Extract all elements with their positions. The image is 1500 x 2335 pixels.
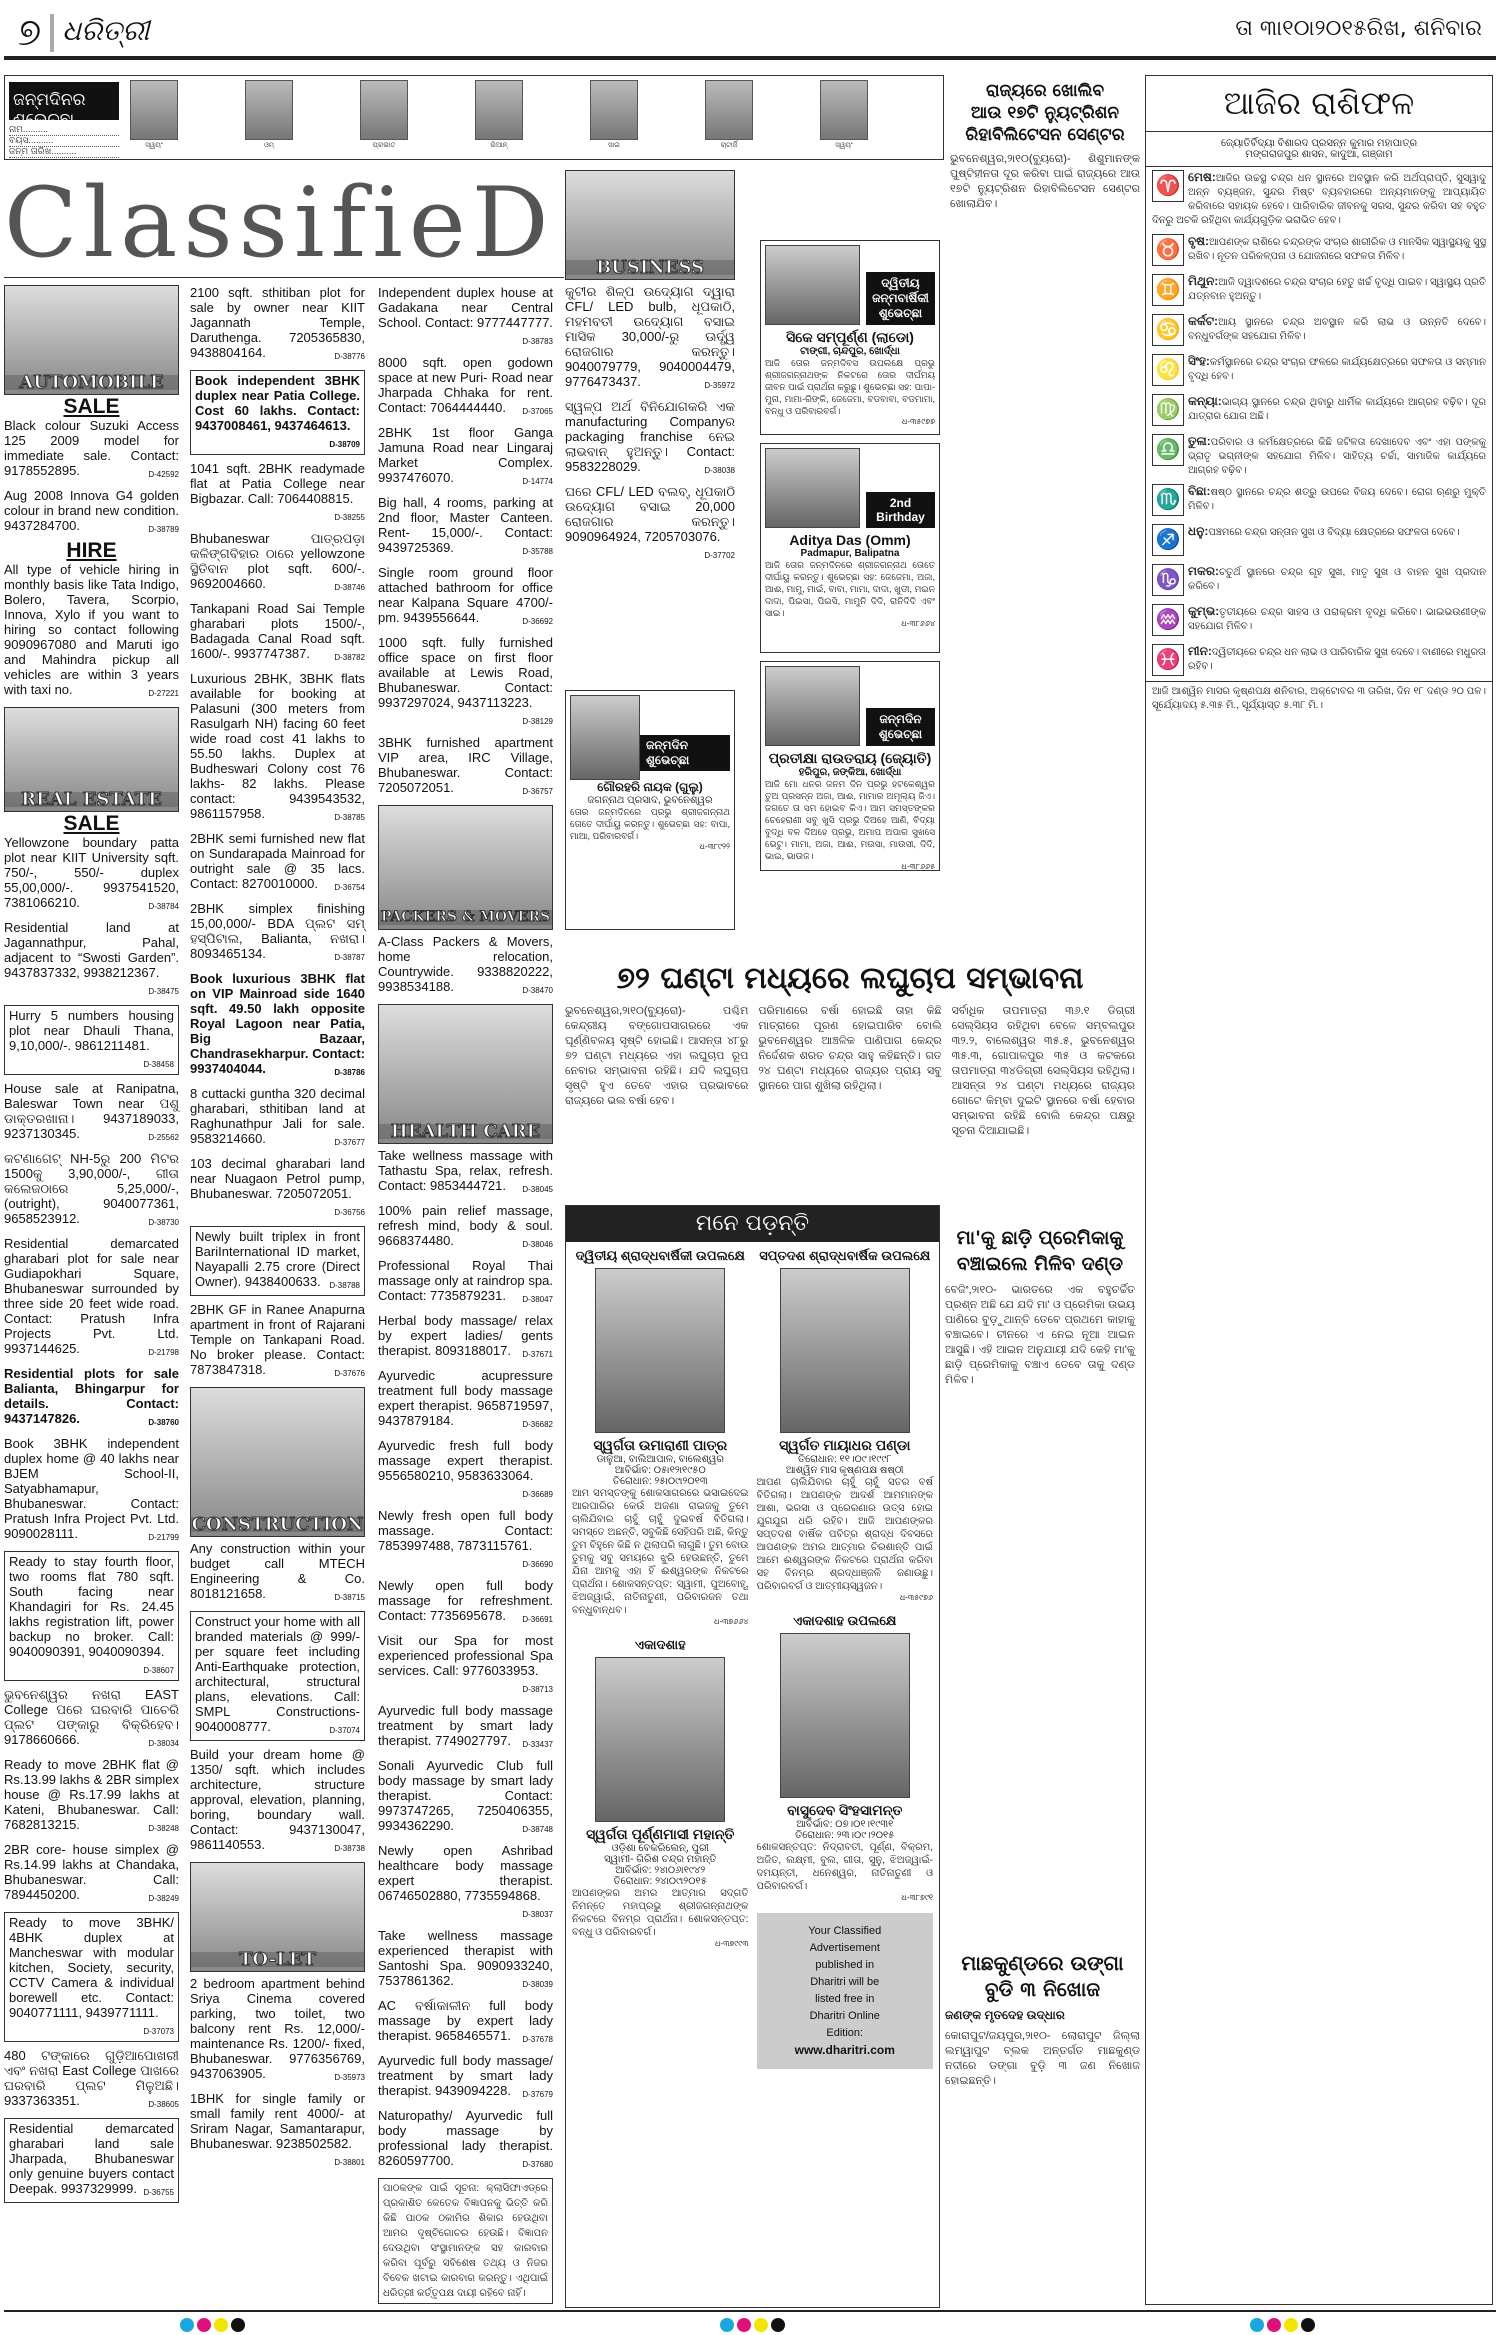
sign-name: କୁମ୍ଭ:: [1188, 604, 1219, 618]
registration-dot: [231, 2318, 245, 2332]
classified-ad: Herbal body massage/ relax by expert lad…: [378, 1313, 553, 1362]
classified-ad: Single room ground floor attached bathro…: [378, 565, 553, 629]
classified-ad: Tankapani Road Sai Temple gharabari plot…: [190, 601, 365, 665]
obituary-name: ସ୍ୱର୍ଗତା ପୂର୍ଣ୍ଣମାସୀ ମହାନ୍ତି: [572, 1826, 749, 1843]
obituary-born: ଆବିର୍ଭାବ: ୦୭।୦୧।୧୯୩୧: [757, 1819, 934, 1830]
ad-code: D-33437: [522, 1737, 553, 1752]
classified-ad: 8000 sqft. open godown space at new Puri…: [378, 355, 553, 419]
ad-code: D-38470: [522, 983, 553, 998]
horoscope-sign: ♉ବୃଷ:ଆପଣଙ୍କ ରାଶିରେ ଚନ୍ଦ୍ରଙ୍କ ସଂଚାର ଶାରୀର…: [1146, 231, 1492, 271]
ad-code: D-38786: [334, 1065, 365, 1080]
ad-code: D-38787: [334, 950, 365, 965]
horoscope-title: ଆଜିର ରାଶିଫଳ: [1146, 76, 1492, 132]
horoscope-sign: ♍କନ୍ୟା:ଭାଗ୍ୟ ସ୍ଥାନରେ ଚନ୍ଦ୍ର ଥିବାରୁ ଧାର୍ମ…: [1146, 391, 1492, 431]
classified-ad: Book luxurious 3BHK flat on VIP Mainroad…: [190, 971, 365, 1080]
ad-code: D-38037: [522, 1907, 553, 1922]
sign-name: ସିଂହ:: [1188, 354, 1210, 368]
ad-code: D-36756: [334, 1205, 365, 1220]
ad-code: D-37677: [334, 1135, 365, 1150]
classified-ad: Naturopathy/ Ayurvedic full body massage…: [378, 2108, 553, 2172]
ad-code: D-36690: [522, 1557, 553, 1572]
registration-marks: [180, 2318, 245, 2332]
sign-text: ଆଜି ଦ୍ୱାଦଶରେ ଚନ୍ଦ୍ର ସଂଚାର ହେତୁ ଖର୍ଚ୍ଚ ବୃ…: [1188, 277, 1486, 302]
ad-code: D-38034: [148, 1736, 179, 1751]
ad-code: D-37679: [522, 2087, 553, 2102]
newspaper-logo[interactable]: ଧରିତ୍ରୀ: [62, 14, 149, 48]
ad-text: Independent duplex house at Gadakana nea…: [378, 285, 553, 330]
classified-ad: House sale at Ranipatna, Baleswar Town n…: [4, 1081, 179, 1145]
ad-text: ଘରେ CFL/ LED ବଲବ୍, ଧୂପକାଠି ଉଦ୍ୟୋଗ ବସାଇ 2…: [565, 484, 735, 544]
greeting-label: ଦ୍ୱିତୀୟ ଜନ୍ମବାର୍ଷିକୀ ଶୁଭେଚ୍ଛା: [866, 272, 935, 325]
ad-code: D-38776: [334, 349, 365, 364]
sign-text: ଆପଣଙ୍କ ରାଶିରେ ଚନ୍ଦ୍ରଙ୍କ ସଂଚାର ଶାରୀରିକ ଓ …: [1188, 237, 1486, 262]
ad-code: D-38038: [704, 463, 735, 478]
memorial-header: ମନେ ପଡ଼ନ୍ତି: [566, 1206, 939, 1242]
sign-name: ମେଷ:: [1188, 170, 1216, 184]
classified-ad: ଘରେ CFL/ LED ବଲବ୍, ଧୂପକାଠି ଉଦ୍ୟୋଗ ବସାଇ 2…: [565, 484, 735, 563]
classified-ad: Big hall, 4 rooms, parking at 2nd floor,…: [378, 495, 553, 559]
ad-text: Residential demarcated gharabari plot fo…: [4, 1236, 179, 1356]
birthday-photo: [360, 80, 408, 140]
classified-ad: 1041 sqft. 2BHK readymade flat at Patia …: [190, 461, 365, 525]
masthead-divider: [50, 14, 54, 52]
ad-text: Construct your home with all branded mat…: [195, 1614, 360, 1734]
real-estate-category-image: REAL ESTATE: [4, 707, 179, 812]
website-link[interactable]: www.dharitri.com: [761, 2042, 930, 2059]
classified-ad: Construct your home with all branded mat…: [190, 1611, 365, 1741]
sign-text: ପରିବାର ଓ କର୍ମକ୍ଷେତ୍ରରେ କିଛି ଜଟିଳତା ଦେଖାଦ…: [1188, 437, 1486, 476]
ad-text: 1BHK for single family or small family r…: [190, 2091, 365, 2151]
ad-text: 103 decimal gharabari land near Nuagaon …: [190, 1156, 365, 1201]
ad-code: D-36691: [522, 1612, 553, 1627]
greeting-code: ଧ-୩୮୬୬୪: [765, 619, 935, 629]
memorial-section: ମନେ ପଡ଼ନ୍ତି ଦ୍ୱିତୀୟ ଶ୍ରାଦ୍ଧବାର୍ଷିକୀ ଉପଲକ…: [565, 1205, 940, 2308]
birthday-greeting-box: ଜନ୍ମଦିନ ଶୁଭେଚ୍ଛାପ୍ରତୀକ୍ଷା ରାଉତରାୟ (ଜ୍ୟୋତ…: [760, 661, 940, 871]
classified-ad: Build your dream home @ 1350/ sqft. whic…: [190, 1747, 365, 1856]
news-low-pressure-headline: ୭୨ ଘଣ୍ଟା ମଧ୍ୟରେ ଲଘୁଚାପ ସମ୍ଭାବନା: [565, 960, 1135, 998]
issue-date: ତା ୩ା୧୦ା୨୦୧୫ରିଖ, ଶନିବାର: [1235, 16, 1482, 41]
news-machkund-subhead: ଜଣଙ୍କ ମୃତଦେହ ଉଦ୍ଧାର: [945, 2008, 1140, 2023]
ad-code: D-14774: [522, 474, 553, 489]
classified-ad: Ready to move 3BHK/ 4BHK duplex at Manch…: [4, 1912, 179, 2042]
health-care-label: HEALTH CARE: [379, 1124, 552, 1139]
zodiac-sign-icon: ♊: [1152, 274, 1184, 306]
ad-code: D-38746: [334, 580, 365, 595]
horoscope-sign: ♑ମକର:ଚତୁର୍ଥ ସ୍ଥାନରେ ଚନ୍ଦ୍ର ଗୃହ ସୁଖ, ମାତୃ…: [1146, 561, 1492, 601]
greeting-place: Padmapur, Balipatna: [765, 548, 935, 559]
sign-text: ଷଷ୍ଠ ସ୍ଥାନରେ ଚନ୍ଦ୍ର ଶତ୍ରୁ ଉପରେ ବିଜୟ ଦେବେ…: [1188, 487, 1486, 512]
registration-dot: [214, 2318, 228, 2332]
classified-ad: 2BHK semi furnished new flat on Sundarap…: [190, 831, 365, 895]
headline-line: ରିହାବିଲିଟେସନ ସେଣ୍ଟର: [950, 124, 1140, 146]
birthday-photo: [705, 80, 753, 140]
zodiac-sign-icon: ♐: [1152, 524, 1184, 556]
obituary-code: ଧ-୩୭୬୬୪: [572, 1617, 749, 1627]
greeting-photo: [570, 695, 640, 780]
classified-ad: Book 3BHK independent duplex home @ 40 l…: [4, 1436, 179, 1545]
registration-dot: [771, 2318, 785, 2332]
sign-text: ଭାଗ୍ୟ ସ୍ଥାନରେ ଚନ୍ଦ୍ର ଥିବାରୁ ଧାର୍ମିକ କାର୍…: [1188, 397, 1486, 422]
horoscope-sign: ♊ମିଥୁନ:ଆଜି ଦ୍ୱାଦଶରେ ଚନ୍ଦ୍ର ସଂଚାର ହେତୁ ଖର…: [1146, 271, 1492, 311]
ad-code: D-38713: [522, 1682, 553, 1697]
page-number: ୭: [18, 10, 41, 55]
masthead: ୭ ଧରିତ୍ରୀ ତା ୩ା୧୦ା୨୦୧୫ରିଖ, ଶନିବାର: [8, 6, 1492, 54]
business-label: BUSINESS: [566, 260, 734, 275]
ad-code: D-35788: [522, 544, 553, 559]
ad-code: D-36754: [334, 880, 365, 895]
ad-text: Luxurious 2BHK, 3BHK flats available for…: [190, 671, 365, 821]
automobile-category-image: AUTOMOBILE: [4, 285, 179, 395]
horoscope-sign: ♈ମେଷ:ଆଜିର ଉଚ୍ଚସ୍ଥ ଚନ୍ଦ୍ର ଧନ ସ୍ଥାନରେ ଅବସ୍…: [1146, 167, 1492, 231]
ad-code: D-35973: [334, 2070, 365, 2085]
ad-code: D-38129: [522, 714, 553, 729]
horoscope-sign: ♋କର୍କଟ:ଆୟ ସ୍ଥାନରେ ଚନ୍ଦ୍ର ଅବସ୍ଥାନ କରି ଲାଭ…: [1146, 311, 1492, 351]
real-estate-label: REAL ESTATE: [5, 792, 178, 807]
sign-text: ଆୟ ସ୍ଥାନରେ ଚନ୍ଦ୍ର ଅବସ୍ଥାନ କରି ଲାଭ ଓ ଉନ୍ନ…: [1188, 317, 1486, 342]
promo-line: Your Classified: [761, 1923, 930, 1940]
classified-ad: Any construction within your budget call…: [190, 1541, 365, 1605]
greeting-code: ଧ-୩୫୯୭୭: [765, 417, 935, 427]
ad-text: Book independent 3BHK duplex near Patia …: [195, 373, 360, 433]
classified-ad: Residential land at Jagannathpur, Pahal,…: [4, 920, 179, 999]
classified-ad: ସ୍ୱଳ୍ପ ଅର୍ଥ ବିନିଯୋଗକରି ଏକ manufacturing …: [565, 399, 735, 478]
classified-banner: ClassifieD: [4, 168, 564, 278]
news-column-2: ପରିମାଣରେ ବର୍ଷା ହୋଇଛି ତାହା କିଛି ମାତ୍ରାରେ …: [758, 1004, 941, 1139]
greeting-label: ଜନ୍ମଦିନ ଶୁଭେଚ୍ଛା: [866, 708, 935, 746]
memorial-left-column: ଦ୍ୱିତୀୟ ଶ୍ରାଦ୍ଧବାର୍ଷିକୀ ଉପଲକ୍ଷେସ୍ୱର୍ଗତା …: [572, 1248, 749, 2069]
classified-ad: 2BHK 1st floor Ganga Jamuna Road near Li…: [378, 425, 553, 489]
greeting-code: ଧ-୩୮୯୨୨: [570, 842, 730, 852]
ad-code: D-37065: [522, 404, 553, 419]
classified-ad: 2BHK GF in Ranee Anapurna apartment in f…: [190, 1302, 365, 1381]
sign-text: ପଞ୍ଚମରେ ଚନ୍ଦ୍ର ସନ୍ତାନ ସୁଖ ଓ ବିଦ୍ୟା କ୍ଷେତ…: [1208, 527, 1459, 538]
news-column-1: ଭୁବନେଶ୍ୱର,୨ା୧୦(ବ୍ୟୁରୋ)- ପଶ୍ଚିମ କେନ୍ଦ୍ରୀୟ…: [565, 1004, 748, 1139]
ad-code: D-36692: [522, 614, 553, 629]
greeting-body: ଆଜି ତୋର ଜନ୍ମଦିବସ ଉପଲକ୍ଷେ ପ୍ରଭୁ ଶ୍ରୀଜଗନ୍ନ…: [765, 357, 935, 417]
horoscope-sign: ♏ବିଛା:ଷଷ୍ଠ ସ୍ଥାନରେ ଚନ୍ଦ୍ର ଶତ୍ରୁ ଉପରେ ବିଜ…: [1146, 481, 1492, 521]
birthday-strip-title: ଜନ୍ମଦିନର ଶୁଭେଚ୍ଛା: [9, 82, 119, 120]
obituary-code: ଧ-୩୫୯୭୬: [757, 1593, 934, 1603]
greeting-name: ସିକେ ସମ୍ପୂର୍ଣ୍ଣ (ଲାଡୋ): [765, 329, 935, 346]
classified-ad: A-Class Packers & Movers, home relocatio…: [378, 934, 553, 998]
classified-ad: Book independent 3BHK duplex near Patia …: [190, 370, 365, 455]
obituary-born: ଆବିର୍ଭାବ: ୦୫ା୧୨ା୧୯୫୦: [572, 1465, 749, 1476]
zodiac-sign-icon: ♈: [1152, 170, 1184, 202]
registration-marks: [720, 2318, 785, 2332]
promo-line: Dharitri will be: [761, 1974, 930, 1991]
birthday-child-name: ଓମ୍: [245, 142, 293, 150]
ad-text: Newly open Ashribad healthcare body mass…: [378, 1843, 553, 1903]
classified-ad: AC ବର୍ଷାକାଳୀନ full body massage by exper…: [378, 1998, 553, 2047]
ad-code: D-38748: [522, 1822, 553, 1837]
ad-code: D-38783: [522, 334, 553, 349]
obituary-body: ଆମ ସମସ୍ତଙ୍କୁ ଶୋକସାଗରରେ ଭସାଇଦେଇ ଆରପାରିର କ…: [572, 1487, 749, 1617]
ad-code: D-42592: [148, 467, 179, 482]
news-premika-body: ବେଜିଂ,୨ା୧୦- ଭାରତରେ ଏକ ବହୁଚର୍ଚ୍ଚିତ ପ୍ରଶ୍ନ…: [945, 1283, 1135, 1388]
classified-ad: Bhubaneswar ପାତ୍ରପଡ଼ା କଳିଙ୍ଗବିହାର ଠାରେ y…: [190, 531, 365, 595]
registration-dot: [1284, 2318, 1298, 2332]
obituary-died: ତିରୋଧାନ: ୧୧।୦୯।୧୯୯୮: [757, 1454, 934, 1465]
packers-label: PACKERS & MOVERS: [379, 910, 552, 925]
classified-ad: Newly built triplex in front BariInterna…: [190, 1226, 365, 1296]
astrologer-address: ମଙ୍ଗରାଜପୁର ଶାସନ, କାଦୁଆ, ଗଞ୍ଜାମ: [1152, 149, 1486, 160]
obituary-body: ଆପଣଙ୍କର ଅମର ଆତ୍ମାର ସଦ୍‌ଗତି ନିମନ୍ତେ ମହାପ୍…: [572, 1887, 749, 1939]
column-automobile-realestate: AUTOMOBILE SALE Black colour Suzuki Acce…: [4, 285, 179, 2209]
ad-code: D-27221: [148, 686, 179, 701]
birthday-greeting-box: ଦ୍ୱିତୀୟ ଜନ୍ମବାର୍ଷିକୀ ଶୁଭେଚ୍ଛାସିକେ ସମ୍ପୂର…: [760, 240, 940, 435]
obituary-tithi: ଆଶ୍ୱିନ ମାସ କୃଷ୍ଣପକ୍ଷ ଷଷ୍ଠୀ: [757, 1465, 934, 1476]
birthday-photo: [590, 80, 638, 140]
greeting-photo: [765, 666, 860, 746]
obituary-born: ଆବିର୍ଭାବ: ୨୪ା୦୬ା୧୯୪୨: [572, 1865, 749, 1876]
greeting-photo: [765, 245, 860, 325]
sign-name: ମୀନ:: [1188, 644, 1212, 658]
ad-code: D-38255: [334, 510, 365, 525]
ad-text: କୁଟୀର ଶିଳ୍ପ ଉଦ୍ୟୋଗ ଦ୍ୱାରା CFL/ LED bulb,…: [565, 284, 735, 389]
greeting-body: ଆଜି ତୋର ଜନ୍ମଦିନରେ ଶ୍ରୀଜଗନ୍ନାଥ ତୋତେ ଦୀର୍ଘ…: [765, 559, 935, 619]
column-birthday-greetings: ଦ୍ୱିତୀୟ ଜନ୍ମବାର୍ଷିକୀ ଶୁଭେଚ୍ଛାସିକେ ସମ୍ପୂର…: [760, 240, 940, 879]
sale-heading: SALE: [4, 399, 179, 414]
ad-code: D-38248: [148, 1821, 179, 1836]
birthday-child-name: ସାଇ: [590, 142, 638, 150]
online-edition-promo: Your ClassifiedAdvertisementpublished in…: [757, 1913, 934, 2069]
column-business: BUSINESS କୁଟୀର ଶିଳ୍ପ ଉଦ୍ୟୋଗ ଦ୍ୱାରା CFL/ …: [565, 170, 735, 569]
classified-ad: Aug 2008 Innova G4 golden colour in bran…: [4, 488, 179, 537]
ad-code: D-37074: [329, 1723, 360, 1738]
obituary-occasion: ସପ୍ତଦଶ ଶ୍ରାଦ୍ଧବାର୍ଷିକ ଉପଲକ୍ଷେ: [757, 1248, 934, 1264]
obituary-spouse: ସ୍ୱାମୀ- ଗିରିଶ ଚନ୍ଦ୍ର ମହାନ୍ତି: [572, 1854, 749, 1865]
ad-code: D-37680: [522, 2157, 553, 2172]
obituary-occasion: ଦ୍ୱିତୀୟ ଶ୍ରାଦ୍ଧବାର୍ଷିକୀ ଉପଲକ୍ଷେ: [572, 1248, 749, 1264]
classified-ad: Take wellness massage experienced therap…: [378, 1928, 553, 1992]
classified-ad: Professional Royal Thai massage only at …: [378, 1258, 553, 1307]
greeting-name: ପ୍ରତୀକ୍ଷା ରାଉତରାୟ (ଜ୍ୟୋତି): [765, 750, 935, 767]
classified-ad: Newly open full body massage for refresh…: [378, 1578, 553, 1627]
panjika: ଆଜି ଆଶ୍ୱିନ ମାସର କୃଷ୍ଣପକ୍ଷ ଶନିବାର, ଅକ୍ଟୋବ…: [1146, 681, 1492, 716]
registration-dot: [1250, 2318, 1264, 2332]
obituary-died: ତିରୋଧାନ: ୨୪ା୦୯ା୨୦୧୫: [572, 1876, 749, 1887]
ad-code: D-38784: [148, 899, 179, 914]
classified-ad: Independent duplex house at Gadakana nea…: [378, 285, 553, 349]
sign-name: କର୍କଟ:: [1188, 314, 1218, 328]
greeting-name: Aditya Das (Omm): [765, 532, 935, 548]
masthead-rule: [4, 56, 1496, 60]
classified-ad: Ayurvedic full body massage treatment by…: [378, 1703, 553, 1752]
real-estate-sale-heading: SALE: [4, 816, 179, 831]
health-care-category-image: HEALTH CARE: [378, 1004, 553, 1144]
ad-text: Hurry 5 numbers housing plot near Dhauli…: [9, 1008, 174, 1053]
birthday-child-name: ରିଆନ୍: [475, 142, 523, 150]
ad-text: 2 bedroom apartment behind Sriya Cinema …: [190, 1976, 365, 2081]
obituary-entry: ସପ୍ତଦଶ ଶ୍ରାଦ୍ଧବାର୍ଷିକ ଉପଲକ୍ଷେସ୍ୱର୍ଗତ ମାୟ…: [757, 1248, 934, 1603]
classified-ad: Ayurvedic fresh full body massage expert…: [378, 1438, 553, 1502]
ad-code: D-38045: [522, 1182, 553, 1197]
greeting-place: ଟାଙ୍ଗୀ, ଚାନ୍ଦପୁର, ଖୋର୍ଦ୍ଧା: [765, 346, 935, 357]
classified-ad: କୁଟୀର ଶିଳ୍ପ ଉଦ୍ୟୋଗ ଦ୍ୱାରା CFL/ LED bulb,…: [565, 284, 735, 393]
headline-line: ରାଜ୍ୟରେ ଖୋଲିବ: [950, 80, 1140, 102]
news-column-3: ସର୍ବାଧିକ ତାପମାତ୍ରା ୩୬.୧ ଡିଗ୍ରୀ ସେଲ୍‌ସିୟସ…: [952, 1004, 1135, 1139]
ad-code: D-38047: [522, 1292, 553, 1307]
ad-code: D-36682: [522, 1417, 553, 1432]
greeting-photo: [765, 448, 860, 528]
ad-code: D-37671: [522, 1347, 553, 1362]
ad-code: D-37702: [704, 548, 735, 563]
obituary-died: ତିରୋଧାନ: ୨୩।୦୯।୨୦୧୫: [757, 1830, 934, 1841]
sign-name: ତୁଳା:: [1188, 434, 1211, 448]
classified-ad: 1BHK for single family or small family r…: [190, 2091, 365, 2170]
birthday-photo: [820, 80, 868, 140]
ad-code: D-38789: [148, 522, 179, 537]
classified-ad: 100% pain relief massage, refresh mind, …: [378, 1203, 553, 1252]
promo-line: listed free in: [761, 1991, 930, 2008]
news-machkund: ମାଛକୁଣ୍ଡରେ ଉଙ୍ଗା ବୁଡି ୩ ନିଖୋଜ ଜଣଙ୍କ ମୃତଦ…: [945, 1950, 1140, 2089]
ad-code: D-38249: [148, 1891, 179, 1906]
ad-code: D-25562: [148, 1130, 179, 1145]
classified-ad: Residential demarcated gharabari plot fo…: [4, 1236, 179, 1360]
classified-ad: 1000 sqft. fully furnished office space …: [378, 635, 553, 729]
ad-code: D-38730: [148, 1215, 179, 1230]
zodiac-sign-icon: ♉: [1152, 234, 1184, 266]
birthday-child-name: ଚାଟାର୍ଜି: [705, 142, 753, 150]
obituary-place: ଡାଳୁଆ, ବାଲିଆପାଳ, ବାଲେଶ୍ୱର: [572, 1454, 749, 1465]
birthday-coupon-strip: ଜନ୍ମଦିନର ଶୁଭେଚ୍ଛା ନାମ.......... ବୟସ.....…: [4, 75, 944, 160]
registration-dot: [1301, 2318, 1315, 2332]
obituary-occasion: ଏକାଦଶାହ ଉପଲକ୍ଷେ: [757, 1613, 934, 1629]
registration-dot: [720, 2318, 734, 2332]
classified-ad: 8 cuttacki guntha 320 decimal gharabari,…: [190, 1086, 365, 1150]
classified-ad: Hurry 5 numbers housing plot near Dhauli…: [4, 1005, 179, 1075]
classified-ad: 2BHK simplex finishing 15,00,000/- BDA ପ…: [190, 901, 365, 965]
sign-name: ମିଥୁନ:: [1188, 274, 1218, 288]
zodiac-sign-icon: ♌: [1152, 354, 1184, 386]
classified-ad: Newly fresh open full body massage. Cont…: [378, 1508, 553, 1572]
registration-dot: [1267, 2318, 1281, 2332]
ad-code: D-38475: [148, 984, 179, 999]
ad-code: D-38039: [522, 1977, 553, 1992]
zodiac-sign-icon: ♏: [1152, 484, 1184, 516]
obituary-entry: ଏକାଦଶାହ ଉପଲକ୍ଷେବାସୁଦେବ ସିଂହସାମନ୍ତଆବିର୍ଭା…: [757, 1613, 934, 1903]
classified-ad: Ready to stay fourth floor, two rooms fl…: [4, 1551, 179, 1681]
ad-code: D-37073: [143, 2024, 174, 2039]
ad-code: D-37676: [334, 1366, 365, 1381]
ad-code: D-38801: [334, 2155, 365, 2170]
registration-dot: [737, 2318, 751, 2332]
promo-line: Dharitri Online: [761, 2008, 930, 2025]
ad-code: D-38738: [334, 1841, 365, 1856]
obituary-place: ଓଡ଼ିଶା ବେକରିଲେନ୍, ପୁରୀ: [572, 1843, 749, 1854]
news-machkund-headline: ମାଛକୁଣ୍ଡରେ ଉଙ୍ଗା ବୁଡି ୩ ନିଖୋଜ: [945, 1950, 1140, 2002]
horoscope-sign: ♌ସିଂହ:କର୍ମସ୍ଥାନରେ ଚନ୍ଦ୍ର ସଂଚାର ଫଳରେ କାର୍…: [1146, 351, 1492, 391]
birthday-greeting-box: 2nd BirthdayAditya Das (Omm)Padmapur, Ba…: [760, 443, 940, 653]
classified-ad: Luxurious 2BHK, 3BHK flats available for…: [190, 671, 365, 825]
greeting-body: ତୋର ଜନ୍ମଦିନରେ ପ୍ରଭୁ ଶ୍ରୀଜଗନ୍ନାଥ ତୋତେ ଦୀର…: [570, 806, 730, 842]
footer-rule: [4, 2310, 1496, 2312]
obituary-occasion: ଏକାଦଶାହ: [572, 1637, 749, 1653]
business-category-image: BUSINESS: [565, 170, 735, 280]
column-rent-health: Independent duplex house at Gadakana nea…: [378, 285, 553, 2304]
horoscope-sign: ♎ତୁଳା:ପରିବାର ଓ କର୍ମକ୍ଷେତ୍ରରେ କିଛି ଜଟିଳତା…: [1146, 431, 1492, 481]
birthday-child-name: ସ୍ୱୟଂ: [820, 142, 868, 150]
sign-name: ମକର:: [1188, 564, 1219, 578]
memorial-right-column: ସପ୍ତଦଶ ଶ୍ରାଦ୍ଧବାର୍ଷିକ ଉପଲକ୍ଷେସ୍ୱର୍ଗତ ମାୟ…: [757, 1248, 934, 2069]
ad-text: Ayurvedic fresh full body massage expert…: [378, 1438, 553, 1483]
ad-text: 1041 sqft. 2BHK readymade flat at Patia …: [190, 461, 365, 506]
ad-code: D-38709: [329, 437, 360, 452]
ad-code: D-36689: [522, 1487, 553, 1502]
packers-category-image: PACKERS & MOVERS: [378, 805, 553, 930]
ad-code: D-36757: [522, 784, 553, 799]
ad-code: D-38788: [329, 1278, 360, 1293]
zodiac-sign-icon: ♓: [1152, 644, 1184, 676]
zodiac-sign-icon: ♋: [1152, 314, 1184, 346]
obituary-entry: ଦ୍ୱିତୀୟ ଶ୍ରାଦ୍ଧବାର୍ଷିକୀ ଉପଲକ୍ଷେସ୍ୱର୍ଗତା …: [572, 1248, 749, 1627]
classified-ad: 480 ଟଙ୍କାରେ ଗୁଡ଼ିଆପୋଖରୀ ଏବଂ ନଖରା East Co…: [4, 2048, 179, 2112]
ad-code: D-38046: [522, 1237, 553, 1252]
classified-ad: Ayurvedic acupressure treatment full bod…: [378, 1368, 553, 1432]
classified-ad: Yellowzone boundary patta plot near KIIT…: [4, 835, 179, 914]
column-property: 2100 sqft. sthitiban plot for sale by ow…: [190, 285, 365, 2176]
news-machkund-body: କୋରାପୁଟ/ଜୟପୁର,୨ା୧୦- ଲୋରାପୁଟ ଜିଲ୍ଲା ଲମ୍ୱା…: [945, 2029, 1140, 2089]
news-nutrition-body: ଭୁବନେଶ୍ୱର,୨ା୧୦(ବ୍ୟୁରୋ)- ଶିଶୁମାନଙ୍କ ପୁଷ୍ଟ…: [950, 152, 1140, 212]
obituary-name: ବାସୁଦେବ ସିଂହସାମନ୍ତ: [757, 1802, 934, 1819]
horoscope-panel: ଆଜିର ରାଶିଫଳ ଜ୍ୟୋତିର୍ବିଦ୍ୟା ବିଶାରଦ ପ୍ରସନ୍…: [1145, 75, 1493, 2305]
ad-code: D-38605: [148, 2097, 179, 2112]
zodiac-sign-icon: ♑: [1152, 564, 1184, 596]
sign-text: କର୍ମସ୍ଥାନରେ ଚନ୍ଦ୍ର ସଂଚାର ଫଳରେ କାର୍ଯ୍ୟକ୍ଷ…: [1188, 357, 1486, 382]
ad-code: D-38785: [334, 810, 365, 825]
classified-ad: Residential demarcated gharabari land sa…: [4, 2118, 179, 2203]
to-let-category-image: TO-LET: [190, 1862, 365, 1972]
classified-ad: କଟଣାଗେଟ୍ NH-5ରୁ 200 ମିଟର 1500କୁ 3,90,000…: [4, 1151, 179, 1230]
news-premika: ମା'କୁ ଛାଡ଼ି ପ୍ରେମିକାକୁ ବଞ୍ଚାଇଲେ ମିଳିବ ଦଣ…: [945, 1225, 1135, 1388]
sign-name: ବୃଷ:: [1188, 234, 1209, 248]
horoscope-sign: ♒କୁମ୍ଭ:ତୃତୀୟରେ ଚନ୍ଦ୍ର ସାହସ ଓ ପରାକ୍ରମ ବୃଦ…: [1146, 601, 1492, 641]
ad-code: D-38782: [334, 650, 365, 665]
news-low-pressure: ୭୨ ଘଣ୍ଟା ମଧ୍ୟରେ ଲଘୁଚାପ ସମ୍ଭାବନା ଭୁବନେଶ୍ୱ…: [565, 960, 1135, 1139]
ad-code: D-38607: [143, 1663, 174, 1678]
obituary-body: ଆପଣ ଚାଲିଯିବାର ଚାହୁଁ ଚାହୁଁ ସତର ବର୍ଷ ବିତିଗ…: [757, 1476, 934, 1593]
headline-line: ଆଉ ୧୭ଟି ନ୍ୟୁଟ୍ରିଶନ: [950, 102, 1140, 124]
dob-field[interactable]: ଜନ୍ମ ତାରିଖ..........: [9, 146, 119, 158]
classified-ad: 3BHK furnished apartment VIP area, IRC V…: [378, 735, 553, 799]
sign-name: ବିଛା:: [1188, 484, 1211, 498]
ad-code: D-38715: [334, 1590, 365, 1605]
obituary-photo: [595, 1657, 725, 1822]
ad-text: Visit our Spa for most experienced profe…: [378, 1633, 553, 1678]
obituary-photo: [780, 1633, 910, 1798]
classified-ad: Ready to move 2BHK flat @ Rs.13.99 lakhs…: [4, 1757, 179, 1836]
news-premika-headline: ମା'କୁ ଛାଡ଼ି ପ୍ରେମିକାକୁ ବଞ୍ଚାଇଲେ ମିଳିବ ଦଣ…: [945, 1225, 1135, 1277]
promo-line: Edition:: [761, 2025, 930, 2042]
promo-line: published in: [761, 1957, 930, 1974]
ad-text: 1000 sqft. fully furnished office space …: [378, 635, 553, 710]
ad-code: D-37678: [522, 2032, 553, 2047]
sign-name: କନ୍ୟା:: [1188, 394, 1222, 408]
construction-category-image: CONSTRUCTION: [190, 1387, 365, 1537]
to-let-label: TO-LET: [191, 1952, 364, 1967]
registration-dot: [197, 2318, 211, 2332]
news-nutrition: ରାଜ୍ୟରେ ଖୋଲିବ ଆଉ ୧୭ଟି ନ୍ୟୁଟ୍ରିଶନ ରିହାବିଲ…: [950, 80, 1140, 212]
horoscope-sign: ♓ମୀନ:ଦ୍ୱିତୀୟରେ ଚନ୍ଦ୍ର ଧନ ଲାଭ ଓ ପାରିବାରିକ…: [1146, 641, 1492, 681]
promo-line: Advertisement: [761, 1940, 930, 1957]
sign-text: ଚତୁର୍ଥ ସ୍ଥାନରେ ଚନ୍ଦ୍ର ଗୃହ ସୁଖ, ମାତୃ ସୁଖ …: [1188, 567, 1486, 592]
astrologer-credit: ଜ୍ୟୋତିର୍ବିଦ୍ୟା ବିଶାରଦ ପ୍ରସନ୍ନ କୁମାର ମହାପ…: [1146, 132, 1492, 167]
obituary-photo: [780, 1268, 910, 1433]
greeting-place: ଜଗନ୍ନାଥ ପ୍ରସାଦ, ଭୁବନେଶ୍ୱର: [570, 795, 730, 806]
registration-marks: [1250, 2318, 1315, 2332]
ad-code: D-21798: [148, 1345, 179, 1360]
classified-ad: Newly open Ashribad healthcare body mass…: [378, 1843, 553, 1922]
